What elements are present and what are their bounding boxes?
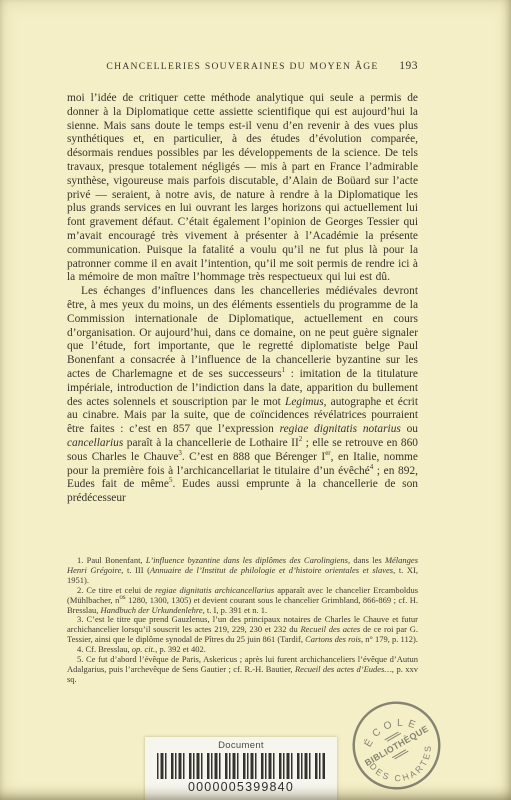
footnote-2: 2. Ce titre et celui de regiae dignitati… [67, 586, 418, 616]
footnote-5: 5. Ce fut d’abord l’évêque de Paris, Ask… [67, 655, 418, 685]
barcode-icon [157, 753, 325, 779]
scanned-book-page: CHANCELLERIES SOUVERAINES DU MOYEN ÂGE 1… [0, 0, 511, 800]
footnotes-block: 1. Paul Bonenfant, L’influence byzantine… [67, 556, 418, 698]
footnote-3: 3. C’est le titre que prend Gauzlenus, l… [67, 615, 418, 645]
stamp-graphic: ÉCOLE DES CHARTES BIBLIOTHÈQUE [337, 686, 456, 800]
library-stamp: ÉCOLE DES CHARTES BIBLIOTHÈQUE [337, 686, 456, 800]
barcode-sticker: Document 0000005399840 [145, 737, 337, 800]
paragraph: Les échanges d’influences dans les chanc… [67, 285, 418, 506]
barcode-label: Document [145, 740, 337, 751]
barcode-number: 0000005399840 [145, 780, 337, 794]
page-number: 193 [399, 60, 418, 72]
footnote-1: 1. Paul Bonenfant, L’influence byzantine… [67, 556, 418, 586]
paragraph: moi l’idée de critiquer cette méthode an… [67, 92, 418, 285]
body-text-column: moi l’idée de critiquer cette méthode an… [67, 92, 418, 550]
running-title: CHANCELLERIES SOUVERAINES DU MOYEN ÂGE [106, 61, 378, 72]
running-header: CHANCELLERIES SOUVERAINES DU MOYEN ÂGE 1… [67, 61, 418, 75]
